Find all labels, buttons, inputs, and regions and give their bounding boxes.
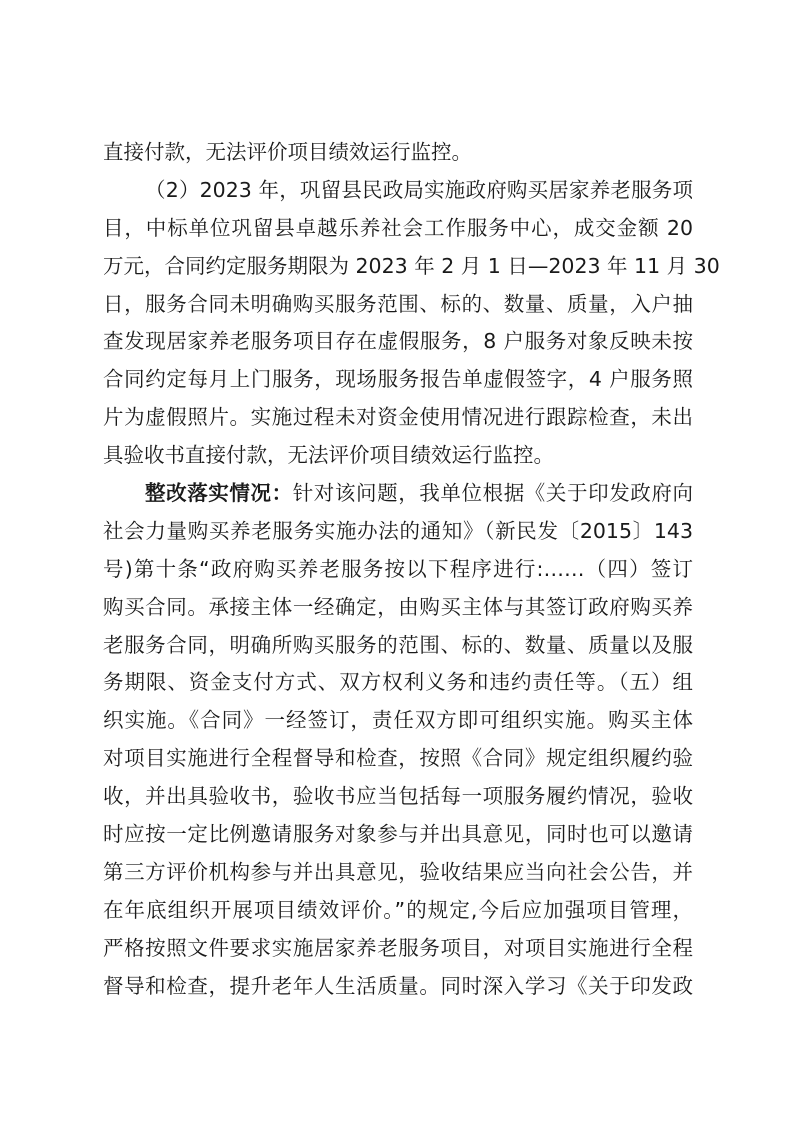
text-line: 合同约定每月上门服务，现场服务报告单虚假签字，4 户服务照 <box>103 361 693 399</box>
paragraph-rectification: 整改落实情况：针对该问题，我单位根据《关于印发政府向 社会力量购买养老服务实施办… <box>103 475 693 1005</box>
text-line-first: 整改落实情况：针对该问题，我单位根据《关于印发政府向 <box>103 475 693 513</box>
text-line-content: 针对该问题，我单位根据《关于印发政府向 <box>293 481 693 505</box>
text-line: 老服务合同，明确所购买服务的范围、标的、数量、质量以及服 <box>103 627 693 665</box>
text-line: 织实施。《合同》一经签订，责任双方即可组织实施。购买主体 <box>103 702 693 740</box>
rectification-heading: 整改落实情况： <box>145 481 293 505</box>
document-page: 直接付款，无法评价项目绩效运行监控。 （2）2023 年，巩留县民政局实施政府购… <box>0 0 793 1122</box>
text-line: 具验收书直接付款，无法评价项目绩效运行监控。 <box>103 437 693 475</box>
text-line: 直接付款，无法评价项目绩效运行监控。 <box>103 134 693 172</box>
document-body: 直接付款，无法评价项目绩效运行监控。 （2）2023 年，巩留县民政局实施政府购… <box>103 134 693 1005</box>
text-line: 收，并出具验收书，验收书应当包括每一项服务履约情况，验收 <box>103 778 693 816</box>
text-line: 号)第十条“政府购买养老服务按以下程序进行:……（四）签订 <box>103 551 693 589</box>
text-line: 在年底组织开展项目绩效评价。”的规定,今后应加强项目管理， <box>103 892 693 930</box>
text-line: 时应按一定比例邀请服务对象参与并出具意见，同时也可以邀请 <box>103 816 693 854</box>
text-line: 对项目实施进行全程督导和检查，按照《合同》规定组织履约验 <box>103 740 693 778</box>
text-line: 严格按照文件要求实施居家养老服务项目，对项目实施进行全程 <box>103 930 693 968</box>
text-line: 督导和检查，提升老年人生活质量。同时深入学习《关于印发政 <box>103 968 693 1006</box>
text-line: 目，中标单位巩留县卓越乐养社会工作服务中心，成交金额 20 <box>103 210 693 248</box>
text-line: 第三方评价机构参与并出具意见，验收结果应当向社会公告，并 <box>103 854 693 892</box>
paragraph-previous-tail: 直接付款，无法评价项目绩效运行监控。 <box>103 134 693 172</box>
text-line: 片为虚假照片。实施过程未对资金使用情况进行跟踪检查，未出 <box>103 399 693 437</box>
text-line: 日，服务合同未明确购买服务范围、标的、数量、质量，入户抽 <box>103 286 693 324</box>
text-line: 购买合同。承接主体一经确定，由购买主体与其签订政府购买养 <box>103 589 693 627</box>
text-line: 社会力量购买养老服务实施办法的通知》（新民发〔2015〕143 <box>103 513 693 551</box>
text-line: 查发现居家养老服务项目存在虚假服务，8 户服务对象反映未按 <box>103 323 693 361</box>
paragraph-issue-2: （2）2023 年，巩留县民政局实施政府购买居家养老服务项 目，中标单位巩留县卓… <box>103 172 693 475</box>
text-line: 务期限、资金支付方式、双方权利义务和违约责任等。（五）组 <box>103 664 693 702</box>
text-line: （2）2023 年，巩留县民政局实施政府购买居家养老服务项 <box>103 172 693 210</box>
text-line: 万元，合同约定服务期限为 2023 年 2 月 1 日—2023 年 11 月 … <box>103 248 693 286</box>
